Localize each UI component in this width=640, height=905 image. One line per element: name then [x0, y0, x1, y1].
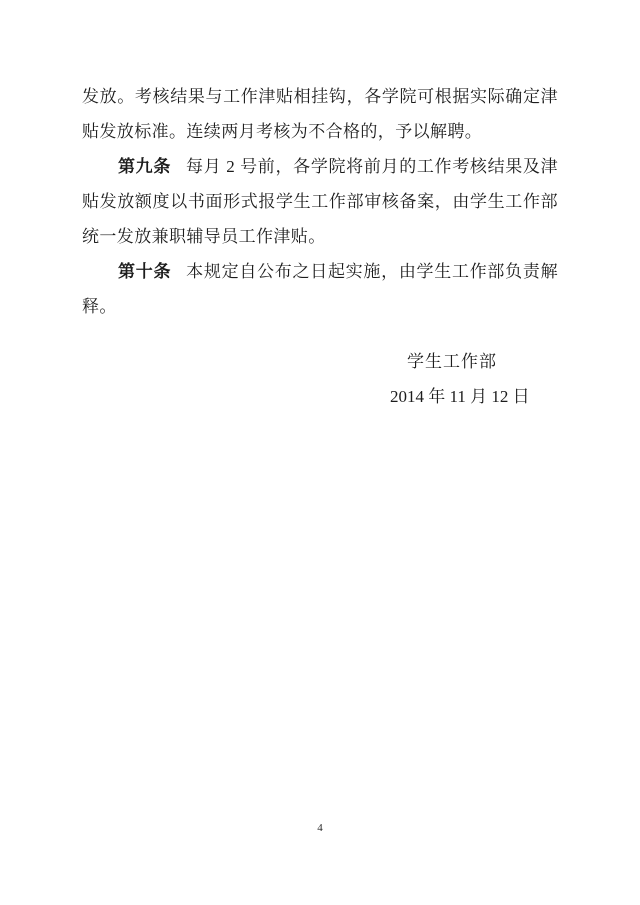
clause-label-article-10: 第十条: [118, 262, 171, 281]
document-body: 发放。考核结果与工作津贴相挂钩，各学院可根据实际确定津贴发放标准。连续两月考核为…: [82, 79, 558, 414]
document-page: 发放。考核结果与工作津贴相挂钩，各学院可根据实际确定津贴发放标准。连续两月考核为…: [0, 0, 640, 905]
paragraph-article-9: 第九条每月 2 号前，各学院将前月的工作考核结果及津贴发放额度以书面形式报学生工…: [82, 149, 558, 254]
paragraph-continuation: 发放。考核结果与工作津贴相挂钩，各学院可根据实际确定津贴发放标准。连续两月考核为…: [82, 79, 558, 149]
clause-label-article-9: 第九条: [118, 157, 171, 176]
signature-date: 2014 年 11 月 12 日: [390, 379, 558, 414]
signature-organization: 学生工作部: [407, 344, 558, 379]
paragraph-article-10: 第十条本规定自公布之日起实施，由学生工作部负责解释。: [82, 254, 558, 324]
page-number: 4: [0, 822, 640, 834]
